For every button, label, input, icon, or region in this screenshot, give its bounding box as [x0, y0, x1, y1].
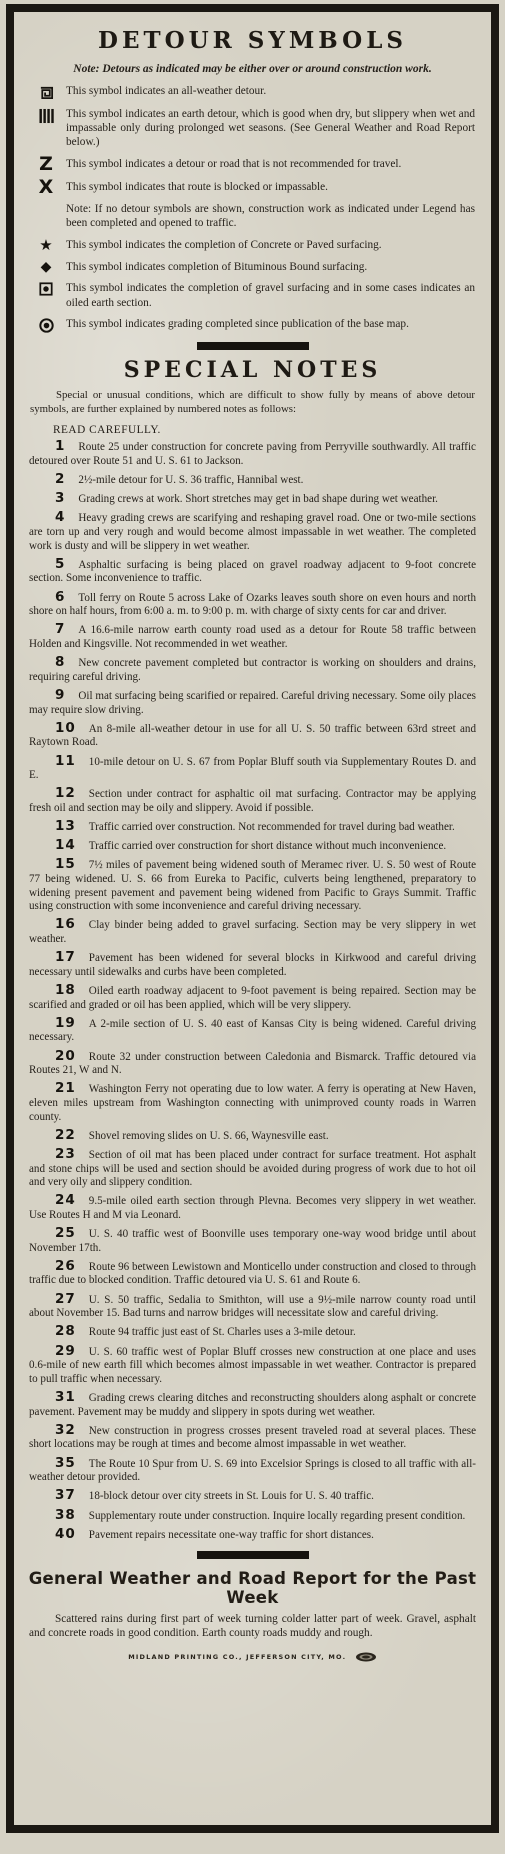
symbol-description: This symbol indicates grading completed …	[59, 317, 478, 333]
note-item: 3Grading crews at work. Short stretches …	[27, 492, 478, 507]
note-text: Oil mat surfacing being scarified or rep…	[29, 690, 476, 716]
note-number: 8	[55, 654, 78, 670]
note-text: Clay binder being added to gravel surfac…	[29, 919, 476, 945]
note-text: The Route 10 Spur from U. S. 69 into Exc…	[29, 1458, 476, 1484]
note-number: 1	[55, 438, 78, 454]
note-number: 15	[55, 856, 89, 872]
note-number: 40	[55, 1526, 89, 1542]
symbol-row: This symbol indicates grading completed …	[27, 317, 478, 333]
note-item: 12Section under contract for asphaltic o…	[27, 787, 478, 815]
note-item: 38Supplementary route under construction…	[27, 1509, 478, 1524]
printer-name: MIDLAND PRINTING CO., JEFFERSON CITY, MO…	[128, 1653, 346, 1661]
note-text: Supplementary route under construction. …	[89, 1510, 465, 1522]
note-text: U. S. 40 traffic west of Boonville uses …	[29, 1228, 476, 1254]
note-number: 35	[55, 1455, 89, 1471]
note-item: 8New concrete pavement completed but con…	[27, 656, 478, 684]
note-number: 25	[55, 1225, 89, 1241]
read-carefully-label: READ CAREFULLY.	[53, 424, 478, 436]
square-spiral-icon	[33, 84, 59, 100]
union-label-icon	[355, 1652, 377, 1662]
note-item: 20Route 32 under construction between Ca…	[27, 1050, 478, 1078]
note-number: 37	[55, 1487, 89, 1503]
note-item: 40Pavement repairs necessitate one-way t…	[27, 1528, 478, 1543]
note-item: 22Shovel removing slides on U. S. 66, Wa…	[27, 1129, 478, 1144]
star-icon: ★	[33, 238, 59, 252]
weather-report-title: General Weather and Road Report for the …	[27, 1569, 478, 1607]
note-item: 31Grading crews clearing ditches and rec…	[27, 1391, 478, 1419]
note-number: 23	[55, 1146, 89, 1162]
note-text: Section under contract for asphaltic oil…	[29, 788, 476, 814]
symbol-row: XThis symbol indicates that route is blo…	[27, 180, 478, 195]
document-page: DETOUR SYMBOLS Note: Detours as indicate…	[0, 0, 505, 1854]
note-item: 3718-block detour over city streets in S…	[27, 1489, 478, 1504]
note-number: 3	[55, 490, 78, 506]
symbol-description: This symbol indicates the completion of …	[59, 238, 478, 252]
weather-report-body: Scattered rains during first part of wee…	[27, 1612, 478, 1640]
note-text: Route 32 under construction between Cale…	[29, 1051, 476, 1077]
note-item: 9Oil mat surfacing being scarified or re…	[27, 689, 478, 717]
note-item: 25U. S. 40 traffic west of Boonville use…	[27, 1227, 478, 1255]
note-item: 5Asphaltic surfacing is being placed on …	[27, 558, 478, 586]
symbol-row: This symbol indicates the completion of …	[27, 281, 478, 309]
note-number: 13	[55, 818, 89, 834]
symbol-row: ◆This symbol indicates completion of Bit…	[27, 260, 478, 274]
note-number: 26	[55, 1258, 89, 1274]
note-text: Section of oil mat has been placed under…	[29, 1149, 476, 1188]
note-text: 10-mile detour on U. S. 67 from Poplar B…	[29, 756, 476, 782]
symbol-row: ZThis symbol indicates a detour or road …	[27, 157, 478, 172]
divider-bar	[197, 1551, 309, 1559]
detour-symbols-list: This symbol indicates an all-weather det…	[27, 84, 478, 334]
note-text: U. S. 50 traffic, Sedalia to Smithton, w…	[29, 1294, 476, 1320]
note-number: 16	[55, 916, 89, 932]
note-item: 21Washington Ferry not operating due to …	[27, 1082, 478, 1124]
note-text: Grading crews clearing ditches and recon…	[29, 1392, 476, 1418]
note-number: 12	[55, 785, 89, 801]
note-number: 2	[55, 471, 78, 487]
note-number: 22	[55, 1127, 89, 1143]
note-item: 32New construction in progress crosses p…	[27, 1424, 478, 1452]
note-item: 17Pavement has been widened for several …	[27, 951, 478, 979]
special-notes-title: SPECIAL NOTES	[27, 357, 478, 383]
diamond-icon: ◆	[33, 260, 59, 274]
note-text: Heavy grading crews are scarifying and r…	[29, 512, 476, 551]
note-item: 23Section of oil mat has been placed und…	[27, 1148, 478, 1190]
note-number: 29	[55, 1343, 89, 1359]
note-item: 4Heavy grading crews are scarifying and …	[27, 511, 478, 553]
document-title: DETOUR SYMBOLS	[27, 27, 478, 54]
top-note: Note: Detours as indicated may be either…	[29, 62, 476, 76]
note-item: 7A 16.6-mile narrow earth county road us…	[27, 623, 478, 651]
divider-bar	[197, 342, 309, 350]
note-text: Route 96 between Lewistown and Monticell…	[29, 1261, 476, 1287]
symbol-row: This symbol indicates an earth detour, w…	[27, 107, 478, 150]
symbol-description: This symbol indicates the completion of …	[59, 281, 478, 309]
square-dot-icon	[33, 281, 59, 309]
note-item: 157½ miles of pavement being widened sou…	[27, 858, 478, 913]
note-number: 31	[55, 1389, 89, 1405]
note-item: 35The Route 10 Spur from U. S. 69 into E…	[27, 1457, 478, 1485]
note-number: 17	[55, 949, 89, 965]
note-text: Traffic carried over construction. Not r…	[89, 821, 455, 833]
note-number: 28	[55, 1323, 89, 1339]
note-item: 16Clay binder being added to gravel surf…	[27, 918, 478, 946]
note-text: Grading crews at work. Short stretches m…	[78, 493, 438, 505]
note-text: Route 94 traffic just east of St. Charle…	[89, 1326, 356, 1338]
note-item: 28Route 94 traffic just east of St. Char…	[27, 1325, 478, 1340]
note-number: 27	[55, 1291, 89, 1307]
note-number: 7	[55, 621, 78, 637]
note-item: 14Traffic carried over construction for …	[27, 839, 478, 854]
note-item: 22½-mile detour for U. S. 36 traffic, Ha…	[27, 473, 478, 488]
note-number: 18	[55, 982, 89, 998]
note-text: Route 25 under construction for concrete…	[29, 441, 476, 467]
vertical-bars-icon	[33, 107, 59, 150]
note-text: A 2-mile section of U. S. 40 east of Kan…	[29, 1018, 476, 1044]
page-frame: DETOUR SYMBOLS Note: Detours as indicate…	[6, 4, 499, 1833]
note-text: U. S. 60 traffic west of Poplar Bluff cr…	[29, 1346, 476, 1385]
letter-x-icon: X	[33, 180, 59, 195]
printer-line: MIDLAND PRINTING CO., JEFFERSON CITY, MO…	[27, 1652, 478, 1662]
note-text: Shovel removing slides on U. S. 66, Wayn…	[89, 1130, 329, 1142]
note-number: 4	[55, 509, 78, 525]
note-text: Toll ferry on Route 5 across Lake of Oza…	[29, 592, 476, 618]
note-text: 7½ miles of pavement being widened south…	[29, 859, 476, 912]
note-text: Oiled earth roadway adjacent to 9-foot p…	[29, 985, 476, 1011]
note-text: Washington Ferry not operating due to lo…	[29, 1083, 476, 1122]
note-text: 2½-mile detour for U. S. 36 traffic, Han…	[78, 474, 303, 486]
note-number: 10	[55, 720, 89, 736]
letter-z-icon: Z	[33, 157, 59, 172]
note-number: 32	[55, 1422, 89, 1438]
note-number: 20	[55, 1048, 89, 1064]
note-text: 18-block detour over city streets in St.…	[89, 1490, 374, 1502]
special-notes-intro: Special or unusual conditions, which are…	[27, 389, 478, 415]
symbol-description: This symbol indicates an all-weather det…	[59, 84, 478, 100]
no-icon	[33, 202, 59, 230]
note-text: A 16.6-mile narrow earth county road use…	[29, 624, 476, 650]
bullseye-icon	[33, 317, 59, 333]
note-item: 27U. S. 50 traffic, Sedalia to Smithton,…	[27, 1293, 478, 1321]
note-item: 6Toll ferry on Route 5 across Lake of Oz…	[27, 591, 478, 619]
note-number: 14	[55, 837, 89, 853]
note-number: 9	[55, 687, 78, 703]
note-text: Asphaltic surfacing is being placed on g…	[29, 559, 476, 585]
symbol-description: This symbol indicates completion of Bitu…	[59, 260, 478, 274]
note-text: New construction in progress crosses pre…	[29, 1425, 476, 1451]
note-item: 249.5-mile oiled earth section through P…	[27, 1194, 478, 1222]
note-text: Traffic carried over construction for sh…	[89, 840, 446, 852]
symbol-description: This symbol indicates a detour or road t…	[59, 157, 478, 172]
note-number: 21	[55, 1080, 89, 1096]
symbol-row: This symbol indicates an all-weather det…	[27, 84, 478, 100]
note-text: Pavement repairs necessitate one-way tra…	[89, 1529, 374, 1541]
note-item: 18Oiled earth roadway adjacent to 9-foot…	[27, 984, 478, 1012]
note-item: 1Route 25 under construction for concret…	[27, 440, 478, 468]
symbol-row: Note: If no detour symbols are shown, co…	[27, 202, 478, 230]
note-item: 29U. S. 60 traffic west of Poplar Bluff …	[27, 1345, 478, 1387]
note-item: 26Route 96 between Lewistown and Montice…	[27, 1260, 478, 1288]
symbol-description: This symbol indicates that route is bloc…	[59, 180, 478, 195]
note-item: 13Traffic carried over construction. Not…	[27, 820, 478, 835]
note-text: New concrete pavement completed but cont…	[29, 657, 476, 683]
symbol-description: This symbol indicates an earth detour, w…	[59, 107, 478, 150]
note-text: An 8-mile all-weather detour in use for …	[29, 723, 476, 749]
note-text: Pavement has been widened for several bl…	[29, 952, 476, 978]
note-number: 11	[55, 753, 89, 769]
note-number: 5	[55, 556, 78, 572]
special-notes-list: 1Route 25 under construction for concret…	[27, 440, 478, 1542]
note-number: 6	[55, 589, 78, 605]
note-number: 19	[55, 1015, 89, 1031]
symbol-row: ★This symbol indicates the completion of…	[27, 238, 478, 252]
symbol-description: Note: If no detour symbols are shown, co…	[59, 202, 478, 230]
note-number: 24	[55, 1192, 89, 1208]
note-text: 9.5-mile oiled earth section through Ple…	[29, 1195, 476, 1221]
note-item: 10An 8-mile all-weather detour in use fo…	[27, 722, 478, 750]
note-item: 1110-mile detour on U. S. 67 from Poplar…	[27, 755, 478, 783]
note-number: 38	[55, 1507, 89, 1523]
note-item: 19A 2-mile section of U. S. 40 east of K…	[27, 1017, 478, 1045]
